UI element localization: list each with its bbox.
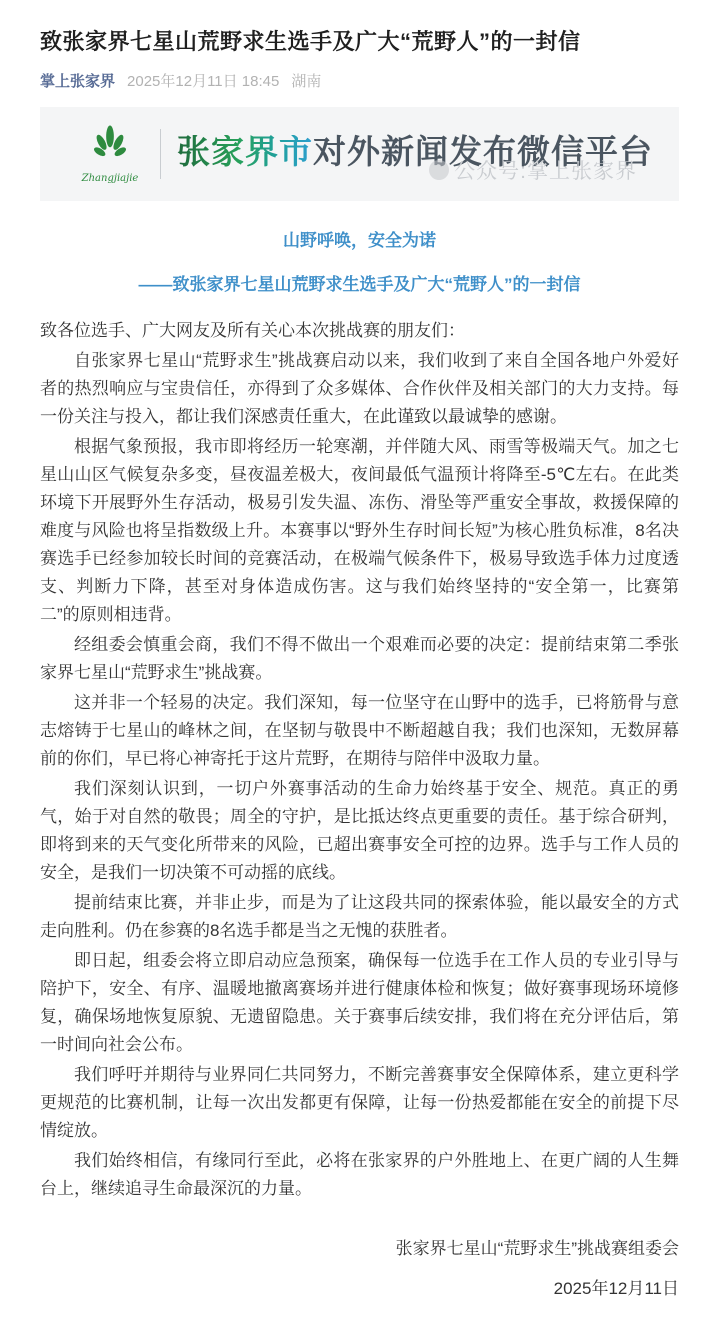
page-title: 致张家界七星山荒野求生选手及广大“荒野人”的一封信 (40, 26, 679, 58)
leaf-logo-icon (78, 124, 142, 173)
watermark-text: 公众号:掌上张家界 (454, 155, 637, 185)
watermark-logo-icon (429, 160, 449, 180)
paragraph-salutation: 致各位选手、广大网友及所有关心本次挑战赛的朋友们： (40, 317, 679, 345)
banner-image[interactable]: Zhangjiajie 张家界市对外新闻发布微信平台 公众号:掌上张家界 (40, 107, 679, 201)
banner-divider (160, 129, 161, 179)
paragraph: 即日起，组委会将立即启动应急预案，确保每一位选手在工作人员的专业引导与陪护下，安… (40, 947, 679, 1059)
account-watermark: 公众号:掌上张家界 (429, 155, 637, 185)
paragraph: 根据气象预报，我市即将经历一轮寒潮，并伴随大风、雨雪等极端天气。加之七星山山区气… (40, 433, 679, 629)
article-page: 致张家界七星山荒野求生选手及广大“荒野人”的一封信 掌上张家界 2025年12月… (0, 0, 719, 1341)
brand-logo: Zhangjiajie (78, 124, 142, 184)
signature: 张家界七星山“荒野求生”挑战赛组委会 (40, 1235, 679, 1263)
paragraph: 自张家界七星山“荒野求生”挑战赛启动以来，我们收到了来自全国各地户外爱好者的热烈… (40, 347, 679, 431)
paragraph: 这并非一个轻易的决定。我们深知，每一位坚守在山野中的选手，已将筋骨与意志熔铸于七… (40, 689, 679, 773)
paragraph: 经组委会慎重会商，我们不得不做出一个艰难而必要的决定：提前结束第二季张家界七星山… (40, 631, 679, 687)
byline: 掌上张家界 2025年12月11日 18:45 湖南 (40, 70, 679, 91)
article-heading-main: 山野呼唤，安全为诺 (40, 227, 679, 255)
source-account-link[interactable]: 掌上张家界 (40, 70, 115, 91)
article-heading-sub: ——致张家界七星山荒野求生选手及广大“荒野人”的一封信 (40, 271, 679, 299)
signature-date: 2025年12月11日 (40, 1275, 679, 1303)
paragraph: 我们呼吁并期待与业界同仁共同努力，不断完善赛事安全保障体系，建立更科学更规范的比… (40, 1061, 679, 1145)
publish-location: 湖南 (291, 70, 321, 91)
article-body: 山野呼唤，安全为诺 ——致张家界七星山荒野求生选手及广大“荒野人”的一封信 致各… (40, 227, 679, 1303)
publish-date: 2025年12月11日 18:45 (127, 70, 279, 91)
paragraph: 我们深刻认识到，一切户外赛事活动的生命力始终基于安全、规范。真正的勇气，始于对自… (40, 775, 679, 887)
paragraph: 我们始终相信，有缘同行至此，必将在张家界的户外胜地上、在更广阔的人生舞台上，继续… (40, 1147, 679, 1203)
brand-city-name: 张家界市 (177, 135, 313, 171)
paragraph: 提前结束比赛，并非止步，而是为了让这段共同的探索体验，能以最安全的方式走向胜利。… (40, 889, 679, 945)
logo-script-text: Zhangjiajie (82, 174, 139, 184)
